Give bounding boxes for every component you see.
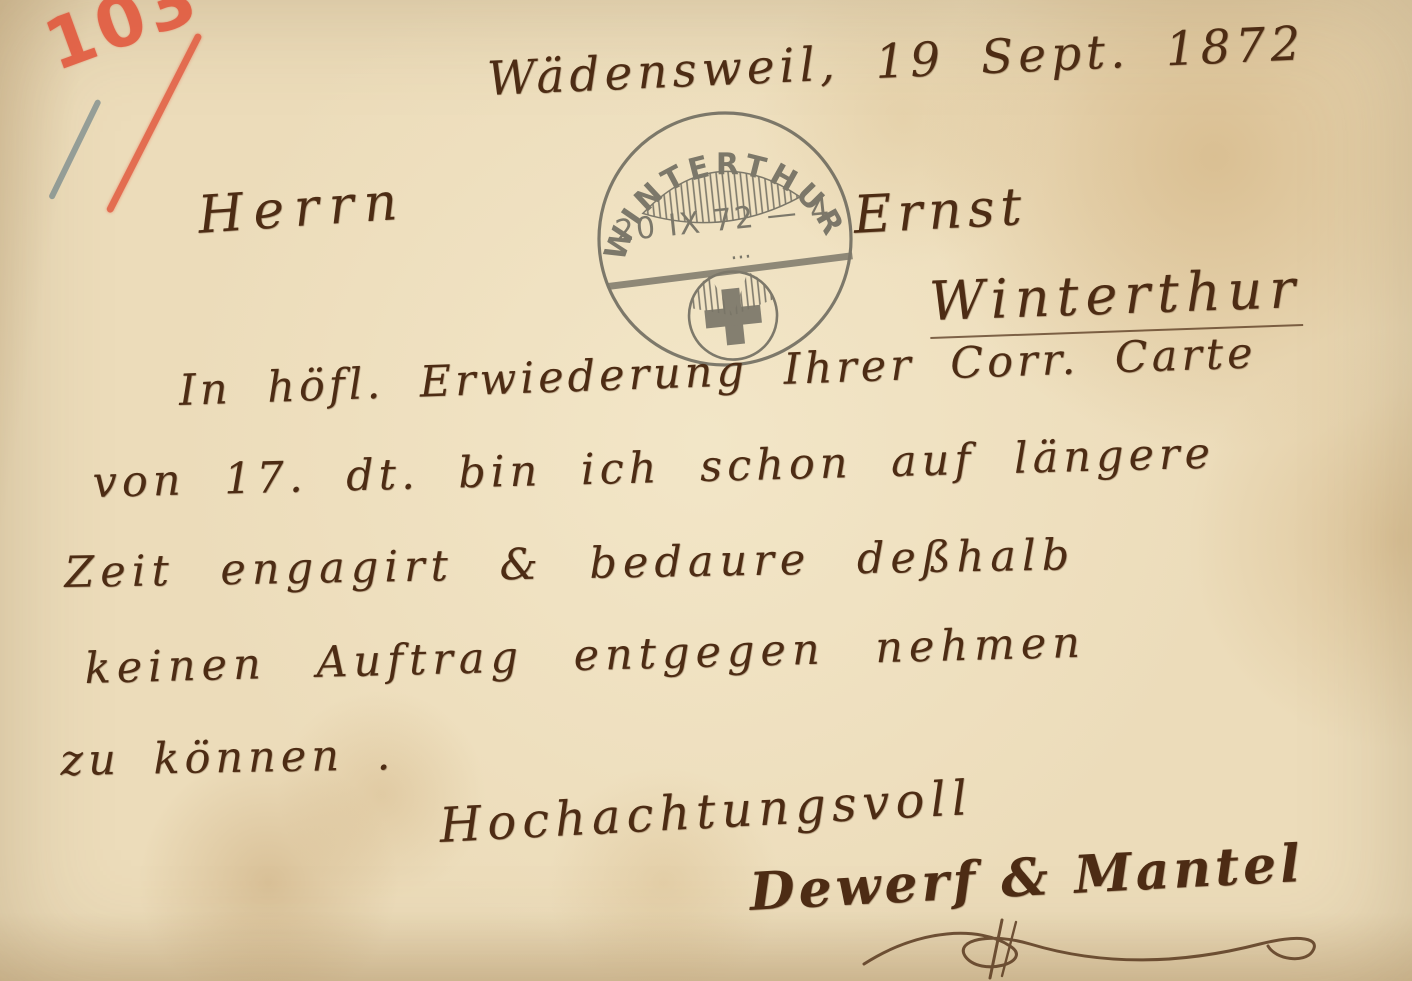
signature-flourish [860,918,1340,980]
dateline: Wädensweil, 19 Sept. 1872 [486,16,1306,107]
address-addressee: Ernst [852,177,1029,246]
body-line-5: zu können . [60,730,396,786]
blue-crayon-stroke [48,99,102,200]
address-city: Winterthur [928,257,1303,339]
body-line-3: Zeit engagirt & bedaure deßhalb [64,530,1076,598]
closing: Hochachtungsvoll [438,770,974,854]
body-line-4: keinen Auftrag entgegen nehmen [84,618,1087,694]
postmark-stamp: WINTERTHUR 20 IX 72 — 4 ... [581,95,869,383]
archival-number: 103 [34,0,211,87]
signature: Dewerf & Mantel [748,833,1305,923]
address-salutation: Herrn [196,171,409,245]
postmark-dots: ... [729,238,752,265]
body-line-2: von 17. dt. bin ich schon auf längere [92,429,1216,508]
postcard: 103 Wädensweil, 19 Sept. 1872 WINTERTHUR… [0,0,1412,981]
